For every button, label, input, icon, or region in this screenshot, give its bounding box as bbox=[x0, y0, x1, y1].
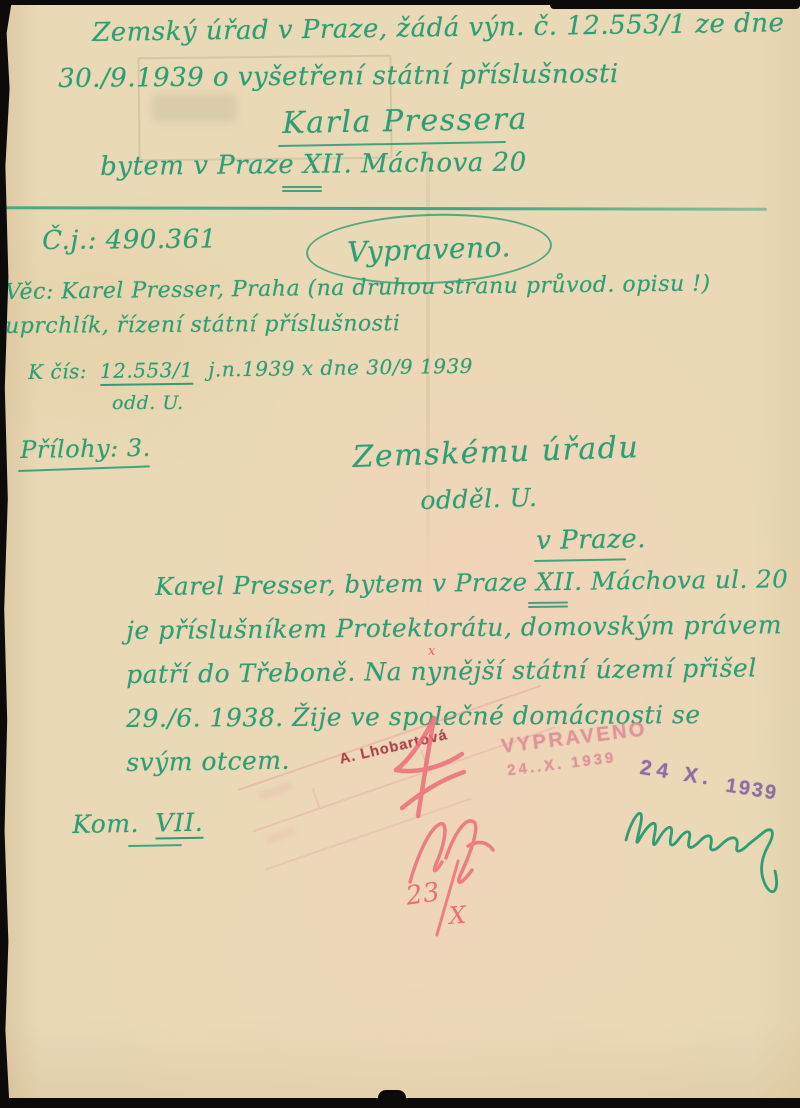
commission-number: VII. bbox=[155, 808, 203, 840]
body-line-2: je příslušníkem Protektorátu, domovským … bbox=[126, 610, 782, 645]
vypraveno-note: Vypraveno. bbox=[347, 230, 512, 269]
scan-edge-bottom-blob bbox=[378, 1090, 406, 1102]
xii-underline-a1 bbox=[282, 186, 322, 188]
attachments-underline bbox=[18, 465, 150, 472]
divider-line bbox=[0, 206, 767, 211]
addressee-line-1: Zemskému úřadu bbox=[352, 430, 640, 475]
commission-underline bbox=[128, 844, 182, 846]
stamp-outline-smudge bbox=[152, 94, 237, 122]
related-number-rest: j.n.1939 x dne 30/9 1939 bbox=[208, 354, 473, 382]
body-line-3: patří do Třeboně. Na nynější státní územ… bbox=[126, 653, 757, 689]
file-number: Č.j.: 490.361 bbox=[42, 224, 217, 256]
header-line-2: 30./9.1939 o vyšetření státní příslušnos… bbox=[58, 59, 619, 94]
pencil-date-number: 23 bbox=[404, 877, 442, 911]
scan-edge-top-right bbox=[550, 0, 800, 9]
related-number-dept: odd. U. bbox=[112, 392, 184, 414]
related-number-value: 12.553/1 bbox=[100, 358, 194, 386]
addressee-line-3: v Praze. bbox=[536, 524, 646, 556]
addressee-underline bbox=[534, 558, 626, 562]
xii-underline-a2 bbox=[282, 190, 322, 192]
commission-note: Kom. VII. bbox=[72, 808, 203, 839]
attachments-note: Přílohy: 3. bbox=[20, 434, 151, 464]
subject-line-2: uprchlík, řízení státní příslušnosti bbox=[5, 311, 400, 339]
pencil-date-month: X bbox=[448, 901, 468, 930]
correction-mark: x bbox=[428, 644, 436, 659]
xii-underline-b1 bbox=[528, 602, 568, 604]
header-line-3: bytem v Praze XII. Máchova 20 bbox=[100, 148, 527, 182]
header-line-1: Zemský úřad v Praze, žádá výn. č. 12.553… bbox=[92, 8, 785, 48]
commission-prefix: Kom. bbox=[72, 809, 139, 839]
date-received-day: 24 X. bbox=[638, 756, 715, 790]
scan-edge-left bbox=[0, 0, 12, 1108]
addressee-line-2: odděl. U. bbox=[420, 483, 538, 515]
document-page: Zemský úřad v Praze, žádá výn. č. 12.553… bbox=[0, 0, 800, 1108]
header-subject-name: Karla Pressera bbox=[282, 102, 528, 141]
related-number-prefix: K čís: bbox=[28, 359, 87, 384]
signature bbox=[612, 788, 794, 908]
xii-underline-b2 bbox=[528, 606, 568, 608]
related-number-line: K čís: 12.553/1 j.n.1939 x dne 30/9 1939 bbox=[28, 354, 473, 384]
subject-line-1: Věc: Karel Presser, Praha (na druhou str… bbox=[5, 271, 711, 305]
body-line-1: Karel Presser, bytem v Praze XII. Máchov… bbox=[155, 564, 788, 601]
